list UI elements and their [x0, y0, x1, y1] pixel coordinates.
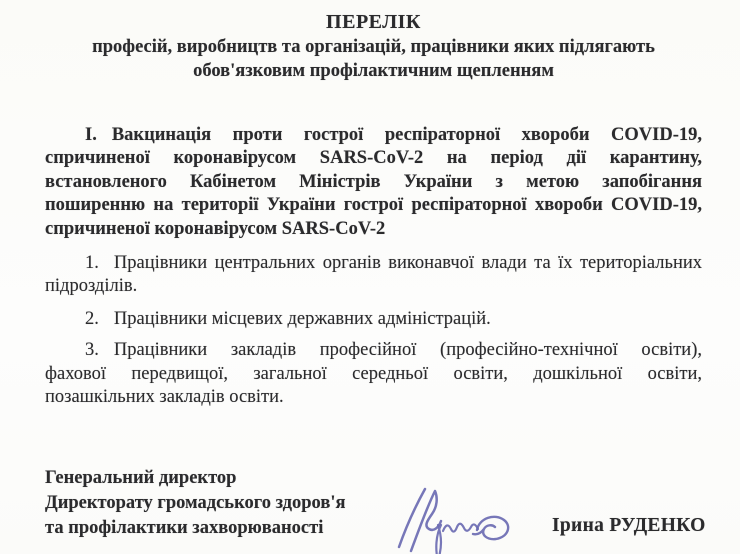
list-item: 3.Працівники закладів професійної (профе…	[45, 339, 702, 409]
list-item: 1.Працівники центральних органів виконав…	[45, 252, 702, 299]
document-body: ПЕРЕЛІК професій, виробництв та організа…	[45, 9, 702, 409]
signatory-title-block: Генеральний директор Директорату громадс…	[45, 466, 346, 541]
signatory-title-line: Генеральний директор	[45, 466, 346, 491]
document-page: ПЕРЕЛІК професій, виробництв та організа…	[0, 0, 740, 554]
signature-stroke	[399, 489, 425, 547]
signature-stroke	[443, 524, 478, 532]
text-span: Вакцинація проти гострої респіраторної х…	[112, 125, 702, 145]
section-paragraph: І.Вакцинація проти гострої респіраторної…	[45, 124, 702, 241]
document-subtitle-line: обов'язковим профілактичним щепленням	[45, 59, 702, 83]
signatory-title-line: Директорату громадського здоров'я	[45, 491, 346, 516]
signatory-title-line: та профілактики захворюваності	[45, 516, 346, 541]
list-item: 2.Працівники місцевих державних адмініст…	[45, 308, 702, 331]
text-line: 1.Працівники центральних органів виконав…	[45, 252, 702, 275]
text-line: підрозділів.	[45, 275, 702, 298]
text-line: спричиненої коронавірусом SARS-CoV-2	[45, 218, 702, 241]
signature-handwriting-icon	[391, 485, 521, 554]
text-span: Працівники закладів професійної (професі…	[114, 340, 702, 360]
text-line: спричиненої коронавірусом SARS-CoV-2 на …	[45, 147, 702, 170]
text-line: поширенню на території України гострої р…	[45, 194, 702, 217]
text-line: 2.Працівники місцевих державних адмініст…	[45, 308, 702, 331]
text-span: Працівники місцевих державних адміністра…	[114, 309, 491, 329]
list-item-number: 1.	[85, 253, 99, 273]
signatory-name: Ірина РУДЕНКО	[552, 515, 706, 537]
document-subtitle-line: професій, виробництв та організацій, пра…	[45, 35, 702, 59]
section-number: І.	[85, 125, 97, 145]
text-span: Працівники центральних органів виконавчо…	[114, 253, 702, 273]
text-line: позашкільних закладів освіти.	[45, 386, 702, 409]
text-line: 3.Працівники закладів професійної (профе…	[45, 339, 702, 362]
text-line: І.Вакцинація проти гострої респіраторної…	[45, 124, 702, 147]
text-line: фахової передвищої, загальної середньої …	[45, 363, 702, 386]
list-item-number: 3.	[85, 340, 99, 360]
signature-stroke	[473, 517, 508, 539]
signature-stroke	[436, 525, 441, 554]
document-title: ПЕРЕЛІК	[45, 9, 702, 35]
list-item-number: 2.	[85, 309, 99, 329]
text-line: встановленого Кабінетом Міністрів Україн…	[45, 171, 702, 194]
